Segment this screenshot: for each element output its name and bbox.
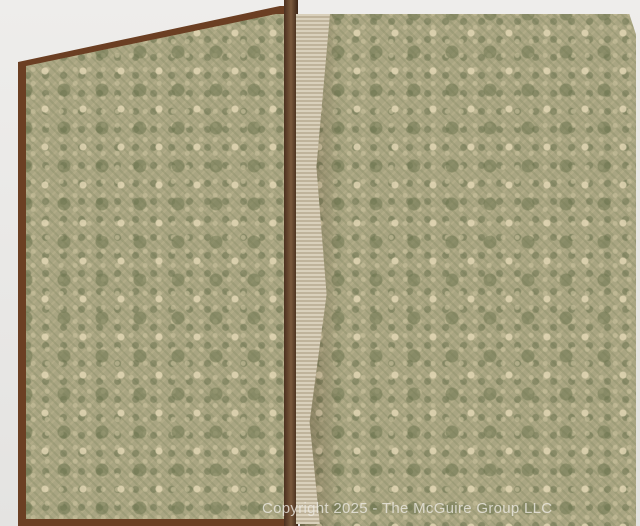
copyright-watermark: Copyright 2025 - The McGuire Group LLC <box>262 500 552 517</box>
right-endpaper <box>300 14 636 526</box>
left-endpaper <box>26 14 284 519</box>
book-spine-gutter <box>284 0 298 526</box>
